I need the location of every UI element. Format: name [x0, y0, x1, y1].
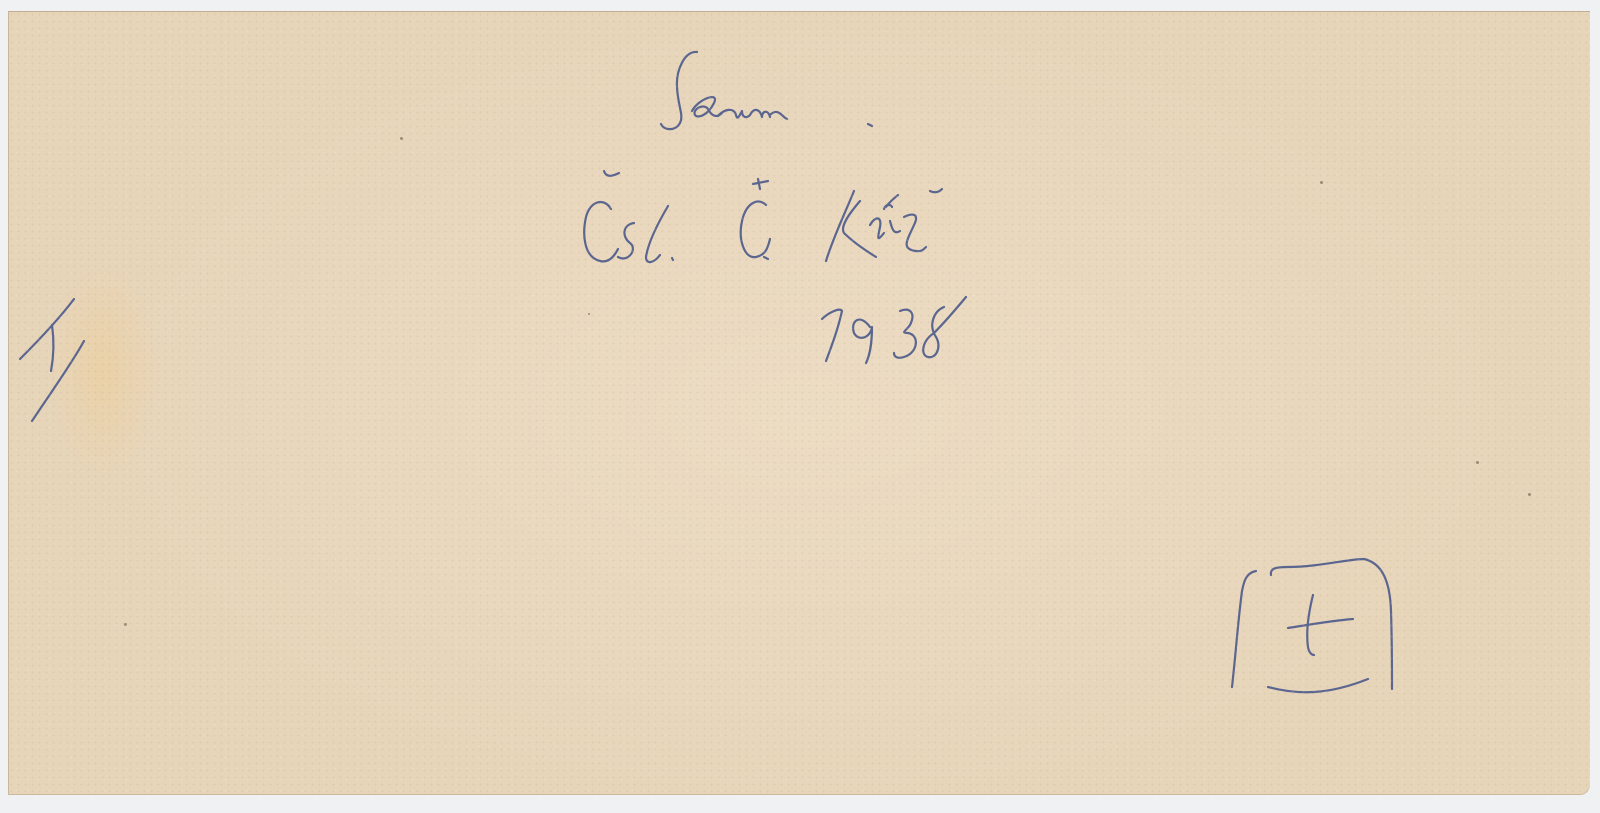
handwriting-strokes — [8, 11, 1590, 795]
stroke-1938 — [822, 297, 966, 363]
scan-background: Skarn. Čsl. Č. Kříž 1938 1/ 1 + — [0, 0, 1600, 813]
paper-speck — [124, 623, 127, 626]
stroke-left-mark — [20, 299, 84, 421]
stroke-corner-mark — [1232, 559, 1392, 692]
stroke-csl-c-kriz — [584, 171, 942, 262]
paper-speck — [1476, 461, 1479, 464]
paper-speck — [1528, 493, 1531, 496]
stroke-skarn — [661, 52, 872, 129]
card-back: Skarn. Čsl. Č. Kříž 1938 1/ 1 + — [8, 11, 1590, 795]
paper-speck — [588, 313, 590, 315]
paper-speck — [400, 137, 403, 140]
paper-speck — [1320, 181, 1323, 184]
